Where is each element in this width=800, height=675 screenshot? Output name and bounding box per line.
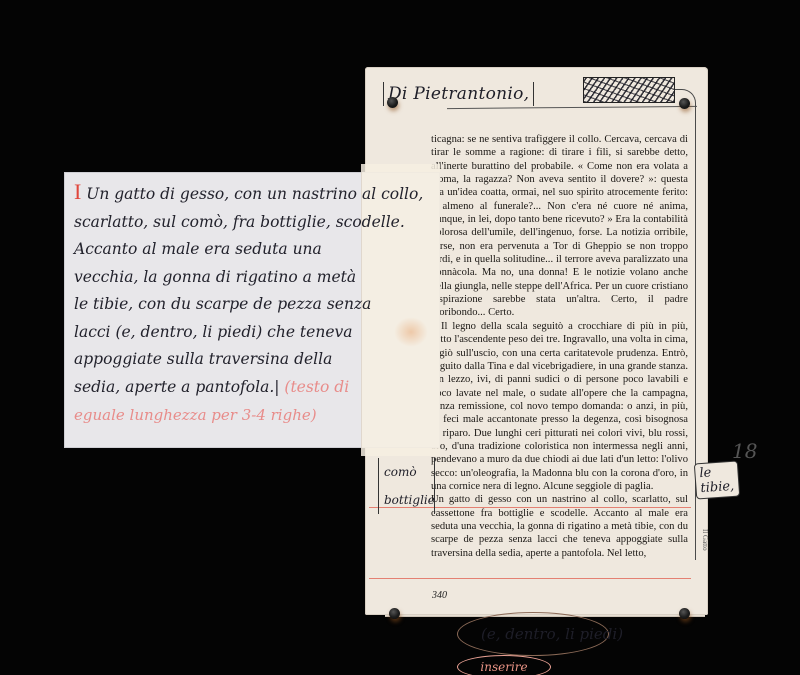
card-line-4: vecchia, la gonna di rigatino a metà bbox=[74, 264, 434, 292]
printed-body-text: ticagna: se ne sentiva trafiggere il col… bbox=[431, 133, 688, 560]
card-line-6: lacci (e, dentro, li piedi) che teneva bbox=[74, 319, 434, 347]
card-line-8: sedia, aperte a pantofola.| (testo di bbox=[74, 374, 434, 402]
paragraph-2: Il legno della scala seguitò a crocchiar… bbox=[431, 320, 688, 493]
red-insert-mark: I bbox=[74, 179, 81, 204]
pin-top-left bbox=[387, 97, 398, 108]
crossed-out-word-box bbox=[583, 77, 675, 103]
card-line-2: scarlatto, sul comò, fra bottiglie, scod… bbox=[74, 209, 434, 237]
red-note-line: eguale lunghezza per 3-4 righe) bbox=[74, 406, 317, 424]
insert-instruction-red: inserire bbox=[457, 655, 551, 675]
red-note-start: (testo di bbox=[284, 378, 349, 396]
card-line-1: I Un gatto di gesso, con un nastrino al … bbox=[74, 178, 434, 209]
left-margin-note: comò bottiglie bbox=[378, 458, 435, 514]
margin-note-bottiglie: bottiglie bbox=[384, 486, 434, 514]
page-number: 340 bbox=[432, 590, 447, 601]
card-line-7: appoggiate sulla traversina della bbox=[74, 346, 434, 374]
handwritten-card: I Un gatto di gesso, con un nastrino al … bbox=[64, 172, 440, 448]
pin-bottom-left bbox=[389, 608, 400, 619]
pin-top-right bbox=[679, 98, 690, 109]
connector-line bbox=[447, 106, 697, 110]
insert-annotation: (e, dentro, li piedi) bbox=[481, 625, 623, 643]
pin-bottom-right bbox=[679, 608, 690, 619]
handwritten-header: Di Pietrantonio, bbox=[383, 82, 534, 106]
red-bracket-marking bbox=[369, 507, 691, 579]
margin-note-como: comò bbox=[384, 458, 434, 486]
margin-number: 18 bbox=[732, 439, 757, 463]
vertical-edge-text: Il Gatto bbox=[701, 529, 709, 551]
paragraph-1: ticagna: se ne sentiva trafiggere il col… bbox=[431, 133, 688, 320]
card-text: I Un gatto di gesso, con un nastrino al … bbox=[74, 178, 434, 401]
card-line-5: le tibie, con du scarpe de pezza senza bbox=[74, 291, 434, 319]
card-line-3: Accanto al male era seduta una bbox=[74, 236, 434, 264]
right-margin-note: le tibie, bbox=[694, 461, 740, 500]
